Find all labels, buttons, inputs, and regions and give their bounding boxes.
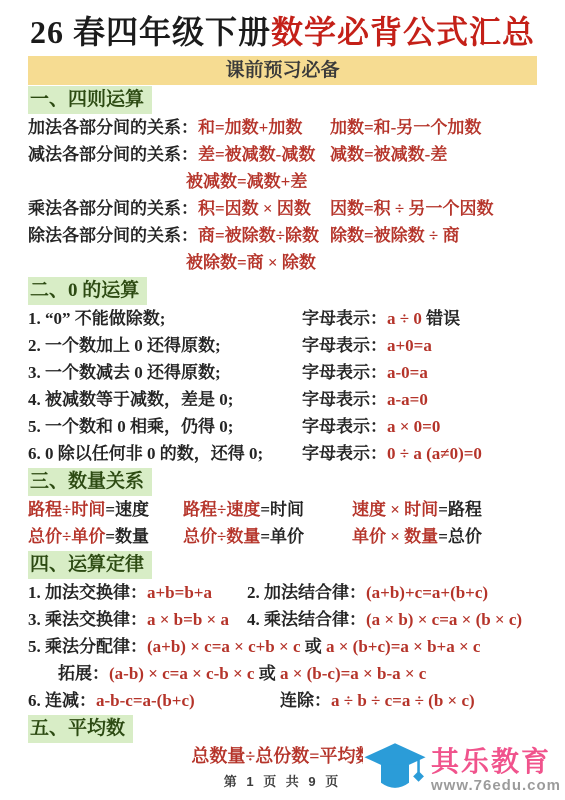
formula-line: 2. 一个数加上 0 还得原数;字母表示：a+0=a [28, 332, 537, 359]
formula-column: 字母表示：0 ÷ a (a≠0)=0 [302, 440, 482, 467]
formula-column: 因数=积 ÷ 另一个因数 [330, 195, 494, 222]
formula-text: 单价 × 数量 [352, 527, 438, 546]
label-text: 字母表示： [302, 390, 387, 409]
formula-column: 字母表示：a-a=0 [302, 386, 428, 413]
formula-line: 1. 加法交换律：a+b=b+a2. 加法结合律：(a+b)+c=a+(b+c) [28, 579, 537, 606]
formula-text: (a+b)+c=a+(b+c) [366, 583, 488, 602]
section-heading-row: 五、平均数 [28, 715, 537, 743]
formula-text: 总数量÷总份数=平均数 [191, 746, 373, 766]
formula-column: 字母表示：a × 0=0 [302, 413, 440, 440]
section-3: 三、数量关系路程÷时间=速度路程÷速度=时间速度 × 时间=路程总价÷单价=数量… [28, 468, 537, 550]
formula-column: 字母表示：a+0=a [302, 332, 432, 359]
formula-line: 加法各部分间的关系：和=加数+加数加数=和-另一个加数 [28, 114, 537, 141]
formula-text: 因数=积 ÷ 另一个因数 [330, 199, 494, 218]
formula-text: a+b=b+a [147, 583, 212, 602]
formula-line: 总价÷单价=数量总价÷数量=单价单价 × 数量=总价 [28, 523, 537, 550]
formula-line: 4. 被减数等于减数，差是 0;字母表示：a-a=0 [28, 386, 537, 413]
formula-text: 路程÷速度 [183, 500, 260, 519]
section-2: 二、0 的运算1. “0” 不能做除数;字母表示：a ÷ 0 错误2. 一个数加… [28, 277, 537, 467]
label-text: 或 [259, 664, 280, 683]
label-text: 4. 乘法结合律： [247, 610, 366, 629]
label-text: 减法各部分间的关系： [28, 145, 198, 164]
label-text: =单价 [260, 527, 304, 546]
label-text: 2. 一个数加上 0 还得原数; [28, 336, 221, 355]
formula-text: a-0=a [387, 363, 428, 382]
formula-text: a × (b-c)=a × b-a × c [280, 664, 426, 683]
formula-column: 路程÷速度=时间 [183, 496, 304, 523]
formula-line: 被减数=减数+差 [28, 168, 537, 195]
formula-column: 除数=被除数 ÷ 商 [330, 222, 460, 249]
formula-text: 被减数=减数+差 [186, 172, 307, 191]
logo-brand-name: 其乐教育 [431, 747, 551, 777]
formula-line: 6. 连减：a-b-c=a-(b+c)连除：a ÷ b ÷ c=a ÷ (b ×… [28, 687, 537, 714]
label-text: 字母表示： [302, 444, 387, 463]
logo-website-url: www.76edu.com [431, 777, 561, 794]
formula-text: (a-b) × c=a × c-b × c [109, 664, 259, 683]
formula-column: 字母表示：a-0=a [302, 359, 428, 386]
label-text: 6. 0 除以任何非 0 的数，还得 0; [28, 444, 263, 463]
formula-text: 加数=和-另一个加数 [330, 118, 481, 137]
section-heading: 五、平均数 [28, 715, 133, 743]
formula-column: 字母表示：a ÷ 0 错误 [302, 305, 460, 332]
label-text: 拓展： [58, 664, 109, 683]
title-course: 26 春四年级下册 [30, 14, 271, 50]
formula-text: a ÷ b ÷ c=a ÷ (b × c) [331, 691, 475, 710]
label-text: =时间 [260, 500, 304, 519]
label-text: 字母表示： [302, 363, 387, 382]
section-heading-row: 三、数量关系 [28, 468, 537, 496]
formula-line: 6. 0 除以任何非 0 的数，还得 0;字母表示：0 ÷ a (a≠0)=0 [28, 440, 537, 467]
formula-text: a-b-c=a-(b+c) [96, 691, 195, 710]
worksheet-page: 26 春四年级下册数学必背公式汇总 课前预习必备 一、四则运算加法各部分间的关系… [0, 0, 565, 800]
label-text: 4. 被减数等于减数，差是 0; [28, 390, 233, 409]
label-text: =总价 [438, 527, 482, 546]
formula-line: 3. 乘法交换律：a × b=b × a4. 乘法结合律：(a × b) × c… [28, 606, 537, 633]
formula-line: 拓展：(a-b) × c=a × c-b × c 或 a × (b-c)=a ×… [28, 660, 537, 687]
formula-text: a × (b+c)=a × b+a × c [326, 637, 480, 656]
formula-column: 减数=被减数-差 [330, 141, 447, 168]
label-text: 3. 一个数减去 0 还得原数; [28, 363, 221, 382]
formula-column: 速度 × 时间=路程 [352, 496, 482, 523]
formula-column: 单价 × 数量=总价 [352, 523, 482, 550]
label-text: =路程 [438, 500, 482, 519]
label-text: 5. 乘法分配律： [28, 637, 147, 656]
logo-text-block: 其乐教育 www.76edu.com [431, 747, 561, 794]
formula-text: 路程÷时间 [28, 500, 105, 519]
formula-text: (a × b) × c=a × (b × c) [366, 610, 522, 629]
label-text: 5. 一个数和 0 相乘，仍得 0; [28, 417, 233, 436]
section-heading-row: 四、运算定律 [28, 551, 537, 579]
section-4: 四、运算定律1. 加法交换律：a+b=b+a2. 加法结合律：(a+b)+c=a… [28, 551, 537, 714]
formula-column: 4. 乘法结合律：(a × b) × c=a × (b × c) [247, 606, 522, 633]
formula-text: 商=被除数÷除数 [198, 226, 319, 245]
formula-text: 总价÷单价 [28, 527, 105, 546]
formula-line: 除法各部分间的关系：商=被除数÷除数除数=被除数 ÷ 商 [28, 222, 537, 249]
formula-text: 速度 × 时间 [352, 500, 438, 519]
formula-text: 除数=被除数 ÷ 商 [330, 226, 460, 245]
label-text: 6. 连减： [28, 691, 96, 710]
content-area: 26 春四年级下册数学必背公式汇总 课前预习必备 一、四则运算加法各部分间的关系… [0, 0, 565, 770]
title-subject: 数学必背公式汇总 [271, 14, 535, 50]
label-text: 错误 [426, 309, 460, 328]
formula-column: 2. 加法结合律：(a+b)+c=a+(b+c) [247, 579, 488, 606]
label-text: =数量 [105, 527, 149, 546]
section-heading: 四、运算定律 [28, 551, 152, 579]
formula-text: (a+b) × c=a × c+b × c [147, 637, 305, 656]
section-heading-row: 一、四则运算 [28, 86, 537, 114]
formula-column: 连除：a ÷ b ÷ c=a ÷ (b × c) [280, 687, 475, 714]
section-heading-row: 二、0 的运算 [28, 277, 537, 305]
logo: 其乐教育 www.76edu.com [363, 742, 561, 798]
formula-column: 总价÷数量=单价 [183, 523, 304, 550]
label-text: 除法各部分间的关系： [28, 226, 198, 245]
formula-text: 总价÷数量 [183, 527, 260, 546]
formula-text: 积=因数 × 因数 [198, 199, 311, 218]
formula-text: a-a=0 [387, 390, 428, 409]
label-text: 加法各部分间的关系： [28, 118, 198, 137]
formula-line: 被除数=商 × 除数 [28, 249, 537, 276]
section-heading: 一、四则运算 [28, 86, 152, 114]
formula-text: 被除数=商 × 除数 [186, 253, 316, 272]
label-text: 1. “0” 不能做除数; [28, 309, 165, 328]
section-1: 一、四则运算加法各部分间的关系：和=加数+加数加数=和-另一个加数减法各部分间的… [28, 86, 537, 276]
section-heading: 三、数量关系 [28, 468, 152, 496]
label-text: =速度 [105, 500, 149, 519]
formula-text: 减数=被减数-差 [330, 145, 447, 164]
formula-line: 路程÷时间=速度路程÷速度=时间速度 × 时间=路程 [28, 496, 537, 523]
page-title: 26 春四年级下册数学必背公式汇总 [28, 12, 537, 52]
formula-line: 减法各部分间的关系：差=被减数-减数减数=被减数-差 [28, 141, 537, 168]
graduation-cap-icon [363, 742, 427, 798]
formula-column: 加数=和-另一个加数 [330, 114, 481, 141]
label-text: 字母表示： [302, 336, 387, 355]
formula-line: 5. 一个数和 0 相乘，仍得 0;字母表示：a × 0=0 [28, 413, 537, 440]
formula-text: a × 0=0 [387, 417, 440, 436]
label-text: 字母表示： [302, 309, 387, 328]
label-text: 连除： [280, 691, 331, 710]
label-text: 1. 加法交换律： [28, 583, 147, 602]
label-text: 乘法各部分间的关系： [28, 199, 198, 218]
formula-line: 1. “0” 不能做除数;字母表示：a ÷ 0 错误 [28, 305, 537, 332]
label-text: 3. 乘法交换律： [28, 610, 147, 629]
formula-text: 差=被减数-减数 [198, 145, 315, 164]
formula-text: a+0=a [387, 336, 432, 355]
formula-line: 乘法各部分间的关系：积=因数 × 因数因数=积 ÷ 另一个因数 [28, 195, 537, 222]
formula-text: 和=加数+加数 [198, 118, 302, 137]
sections: 一、四则运算加法各部分间的关系：和=加数+加数加数=和-另一个加数减法各部分间的… [28, 86, 537, 770]
formula-text: a ÷ 0 [387, 309, 426, 328]
section-heading: 二、0 的运算 [28, 277, 147, 305]
formula-line: 5. 乘法分配律：(a+b) × c=a × c+b × c 或 a × (b+… [28, 633, 537, 660]
formula-line: 3. 一个数减去 0 还得原数;字母表示：a-0=a [28, 359, 537, 386]
formula-text: a × b=b × a [147, 610, 229, 629]
label-text: 2. 加法结合律： [247, 583, 366, 602]
banner: 课前预习必备 [28, 56, 537, 85]
label-text: 字母表示： [302, 417, 387, 436]
formula-text: 0 ÷ a (a≠0)=0 [387, 444, 482, 463]
label-text: 或 [305, 637, 326, 656]
